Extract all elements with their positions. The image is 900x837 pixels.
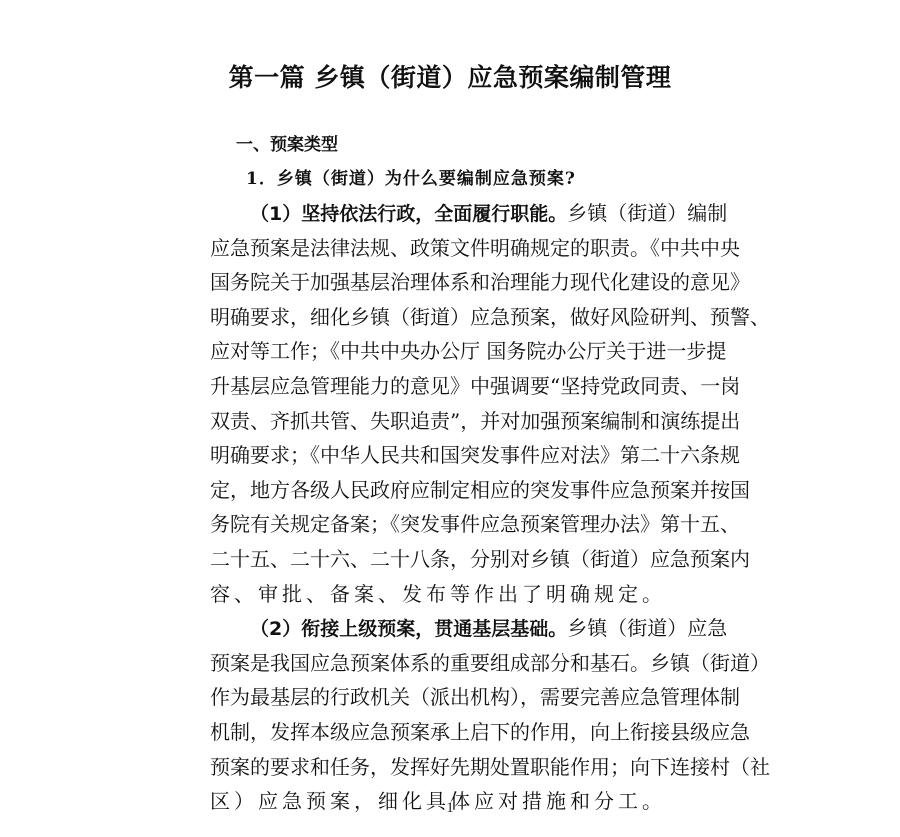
paragraph-line: 定，地方各级人民政府应制定相应的突发事件应急预案并按国	[210, 473, 692, 508]
paragraph-text: 乡镇（街道）应急	[567, 616, 727, 640]
paragraph-bold-lead: （2）衔接上级预案，贯通基层基础。	[250, 618, 567, 640]
paragraph-line: 明确要求，细化乡镇（街道）应急预案，做好风险研判、预警、	[210, 300, 692, 335]
page-title: 第一篇 乡镇（街道）应急预案编制管理	[0, 58, 900, 94]
paragraph-line: 机制，发挥本级应急预案承上启下的作用，向上衔接县级应急	[210, 715, 692, 750]
paragraph-line: 明确要求；《中华人民共和国突发事件应对法》第二十六条规	[210, 438, 692, 473]
paragraph-line: 应对等工作；《中共中央办公厅 国务院办公厅关于进一步提	[210, 334, 692, 369]
paragraph-line: 容、审批、备案、发布等作出了明确规定。	[210, 577, 692, 612]
paragraph-line: 双责、齐抓共管、失职追责”，并对加强预案编制和演练提出	[210, 404, 692, 439]
document-body: 一、预案类型 1．乡镇（街道）为什么要编制应急预案? （1）坚持依法行政，全面履…	[210, 128, 692, 819]
page-number: 1	[0, 800, 900, 817]
question-heading: 1．乡镇（街道）为什么要编制应急预案?	[210, 162, 692, 196]
section-heading: 一、预案类型	[210, 128, 692, 162]
paragraph-line: （2）衔接上级预案，贯通基层基础。乡镇（街道）应急	[210, 611, 692, 646]
paragraph-line: 作为最基层的行政机关（派出机构），需要完善应急管理体制	[210, 680, 692, 715]
paragraph-line: 升基层应急管理能力的意见》中强调要“坚持党政同责、一岗	[210, 369, 692, 404]
paragraph-line: 应急预案是法律法规、政策文件明确规定的职责。《中共中央	[210, 231, 692, 266]
paragraph-line: 预案的要求和任务，发挥好先期处置职能作用；向下连接村（社	[210, 750, 692, 785]
paragraph-line: 二十五、二十六、二十八条，分别对乡镇（街道）应急预案内	[210, 542, 692, 577]
document-page: 第一篇 乡镇（街道）应急预案编制管理 一、预案类型 1．乡镇（街道）为什么要编制…	[0, 0, 900, 837]
paragraph-text: 乡镇（街道）编制	[567, 201, 727, 225]
paragraph-line: 预案是我国应急预案体系的重要组成部分和基石。乡镇（街道）	[210, 646, 692, 681]
paragraph-bold-lead: （1）坚持依法行政，全面履行职能。	[250, 203, 567, 225]
paragraph-line: 务院有关规定备案；《突发事件应急预案管理办法》第十五、	[210, 507, 692, 542]
paragraph-line: 国务院关于加强基层治理体系和治理能力现代化建设的意见》	[210, 265, 692, 300]
paragraph-line: （1）坚持依法行政，全面履行职能。乡镇（街道）编制	[210, 196, 692, 231]
